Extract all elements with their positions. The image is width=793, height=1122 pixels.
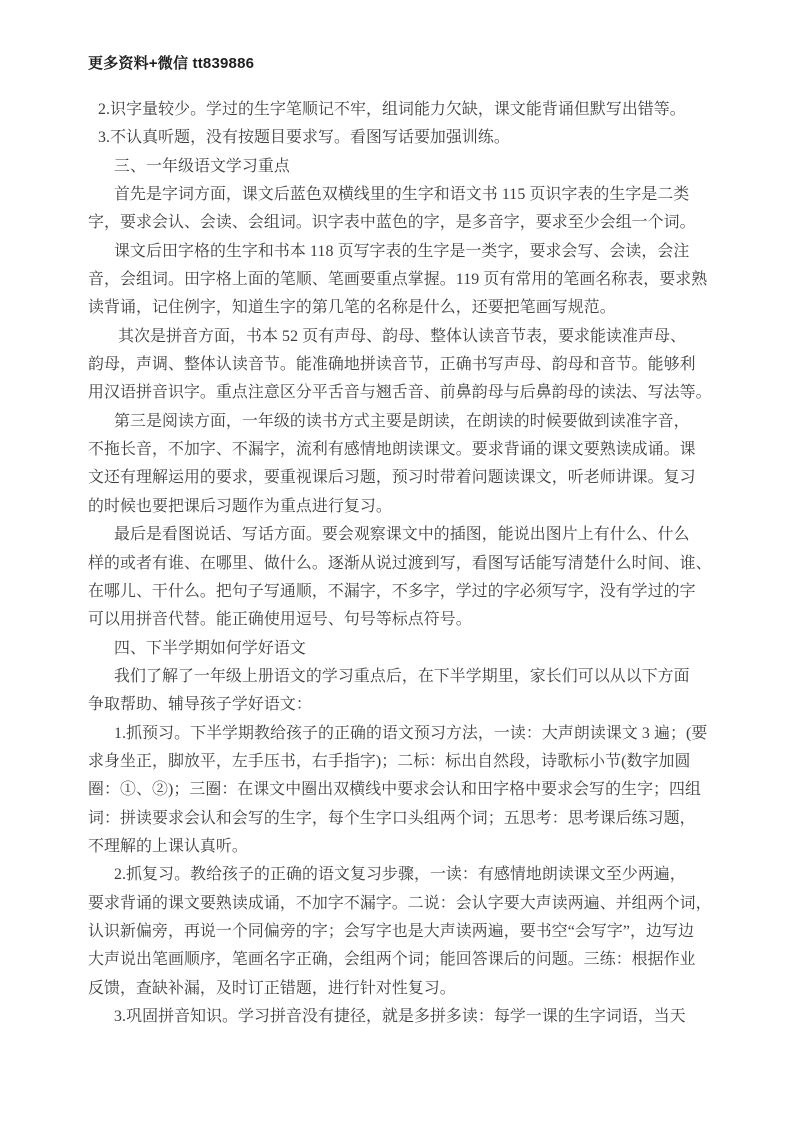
text-line: 争取帮助、辅导孩子学好语文： [88, 691, 712, 719]
text-line: 要求背诵的课文要熟读成诵，不加字不漏字。二说：会认字要大声读两遍、并组两个词， [88, 890, 712, 918]
text-line: 课文后田字格的生字和书本 118 页写字表的生字是一类字，要求会写、会读，会注 [88, 238, 712, 266]
text-line: 不理解的上课认真听。 [88, 833, 712, 861]
document-page: 更多资料+微信 tt839886 2.识字量较少。学过的生字笔顺记不牢，组词能力… [0, 0, 793, 1122]
text-line: 第三是阅读方面，一年级的读书方式主要是朗读，在朗读的时候要做到读准字音， [88, 408, 712, 436]
text-line: 求身坐正，脚放平，左手压书，右手指字)；二标：标出自然段，诗歌标小节(数字加圆 [88, 748, 712, 776]
section-heading: 三、一年级语文学习重点 [88, 153, 712, 181]
text-line: 音，会组词。田字格上面的笔顺、笔画要重点掌握。119 页有常用的笔画名称表，要求… [88, 266, 712, 294]
text-line: 样的或者有谁、在哪里、做什么。逐渐从说过渡到写，看图写话能写清楚什么时间、谁、 [88, 550, 712, 578]
text-line: 读背诵，记住例字，知道生字的第几笔的名称是什么，还要把笔画写规范。 [88, 294, 712, 322]
watermark-header: 更多资料+微信 tt839886 [88, 54, 254, 74]
text-line: 用汉语拼音识字。重点注意区分平舌音与翘舌音、前鼻韵母与后鼻韵母的读法、写法等。 [88, 379, 712, 407]
text-line: 字，要求会认、会读、会组词。识字表中蓝色的字，是多音字，要求至少会组一个词。 [88, 209, 712, 237]
text-line: 反馈，查缺补漏，及时订正错题，进行针对性复习。 [88, 975, 712, 1003]
text-line: 最后是看图说话、写话方面。要会观察课文中的插图，能说出图片上有什么、什么 [88, 521, 712, 549]
text-line: 在哪儿、干什么。把句子写通顺，不漏字，不多字，学过的字必须写字，没有学过的字 [88, 578, 712, 606]
text-line: 大声说出笔画顺序，笔画名字正确，会组两个词；能回答课后的问题。三练：根据作业 [88, 946, 712, 974]
text-line: 我们了解了一年级上册语文的学习重点后，在下半学期里，家长们可以从以下方面 [88, 663, 712, 691]
text-line: 文还有理解运用的要求，要重视课后习题，预习时带着问题读课文，听老师讲课。复习 [88, 464, 712, 492]
text-line: 词：拼读要求会认和会写的生字，每个生字口头组两个词；五思考：思考课后练习题， [88, 805, 712, 833]
text-line: 2.抓复习。教给孩子的正确的语文复习步骤，一读：有感情地朗读课文至少两遍， [88, 861, 712, 889]
text-line: 3.巩固拼音知识。学习拼音没有捷径，就是多拼多读：每学一课的生字词语，当天 [88, 1003, 712, 1031]
text-line: 不拖长音，不加字、不漏字，流利有感情地朗读课文。要求背诵的课文要熟读成诵。课 [88, 436, 712, 464]
text-line: 2.识字量较少。学过的生字笔顺记不牢，组词能力欠缺，课文能背诵但默写出错等。 [88, 96, 712, 124]
document-body: 2.识字量较少。学过的生字笔顺记不牢，组词能力欠缺，课文能背诵但默写出错等。 3… [88, 96, 712, 1031]
text-line: 其次是拼音方面，书本 52 页有声母、韵母、整体认读音节表，要求能读准声母、 [88, 323, 712, 351]
text-line: 的时候也要把课后习题作为重点进行复习。 [88, 493, 712, 521]
text-line: 1.抓预习。下半学期教给孩子的正确的语文预习方法，一读：大声朗读课文 3 遍；(… [88, 720, 712, 748]
section-heading: 四、下半学期如何学好语文 [88, 635, 712, 663]
text-line: 3.不认真听题，没有按题目要求写。看图写话要加强训练。 [88, 124, 712, 152]
text-line: 韵母，声调、整体认读音节。能准确地拼读音节，正确书写声母、韵母和音节。能够利 [88, 351, 712, 379]
text-line: 圈：①、②)；三圈：在课文中圈出双横线中要求会认和田字格中要求会写的生字；四组 [88, 776, 712, 804]
text-line: 首先是字词方面，课文后蓝色双横线里的生字和语文书 115 页识字表的生字是二类 [88, 181, 712, 209]
text-line: 认识新偏旁，再说一个同偏旁的字；会写字也是大声读两遍，要书空“会写字”，边写边 [88, 918, 712, 946]
text-line: 可以用拼音代替。能正确使用逗号、句号等标点符号。 [88, 606, 712, 634]
